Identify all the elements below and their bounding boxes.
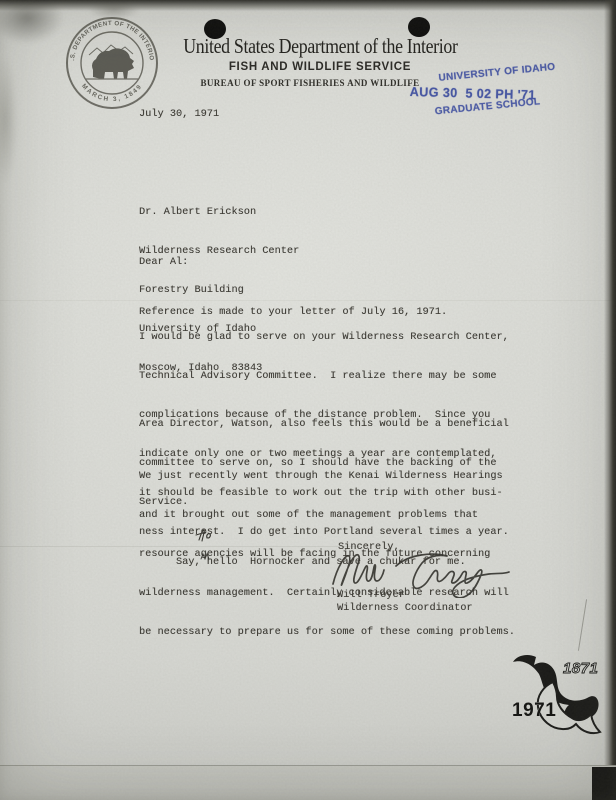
logo-year-1871: 1871 bbox=[563, 660, 598, 677]
recipient-line: Dr. Albert Erickson bbox=[139, 206, 299, 219]
scan-scratch bbox=[578, 599, 587, 651]
body-line: I would be glad to serve on your Wildern… bbox=[139, 331, 509, 344]
body-line: We just recently went through the Kenai … bbox=[139, 470, 515, 483]
signer-name: Will Troyer bbox=[337, 589, 405, 602]
salutation: Dear Al: bbox=[139, 256, 188, 269]
scan-top-edge bbox=[0, 0, 616, 11]
punch-hole-icon bbox=[408, 17, 430, 37]
scanned-letter-page: U.S. DEPARTMENT OF THE INTERIOR MARCH 3,… bbox=[0, 0, 616, 800]
stamp-line: UNIVERSITY OF IDAHO bbox=[438, 62, 556, 84]
insertion-caret-icon bbox=[200, 552, 210, 560]
scan-smudge bbox=[0, 55, 18, 185]
body-line: Area Director, Watson, also feels this w… bbox=[139, 418, 509, 431]
scan-right-edge bbox=[604, 0, 616, 800]
body-line: Technical Advisory Committee. I realize … bbox=[139, 370, 509, 383]
received-stamp-date: AUG 30 5 02 PH '71 bbox=[410, 84, 536, 102]
punch-hole-icon bbox=[204, 19, 226, 39]
letter-date: July 30, 1971 bbox=[139, 108, 219, 121]
handwritten-to-insertion bbox=[194, 527, 212, 543]
logo-year-1971: 1971 bbox=[512, 700, 556, 721]
seal-bison-icon bbox=[86, 45, 138, 79]
fisheries-centennial-logo: 1871 1971 bbox=[506, 652, 606, 750]
scan-bottom-edge bbox=[0, 765, 616, 800]
scan-corner-block bbox=[592, 767, 616, 800]
signer-title: Wilderness Coordinator bbox=[337, 602, 473, 615]
